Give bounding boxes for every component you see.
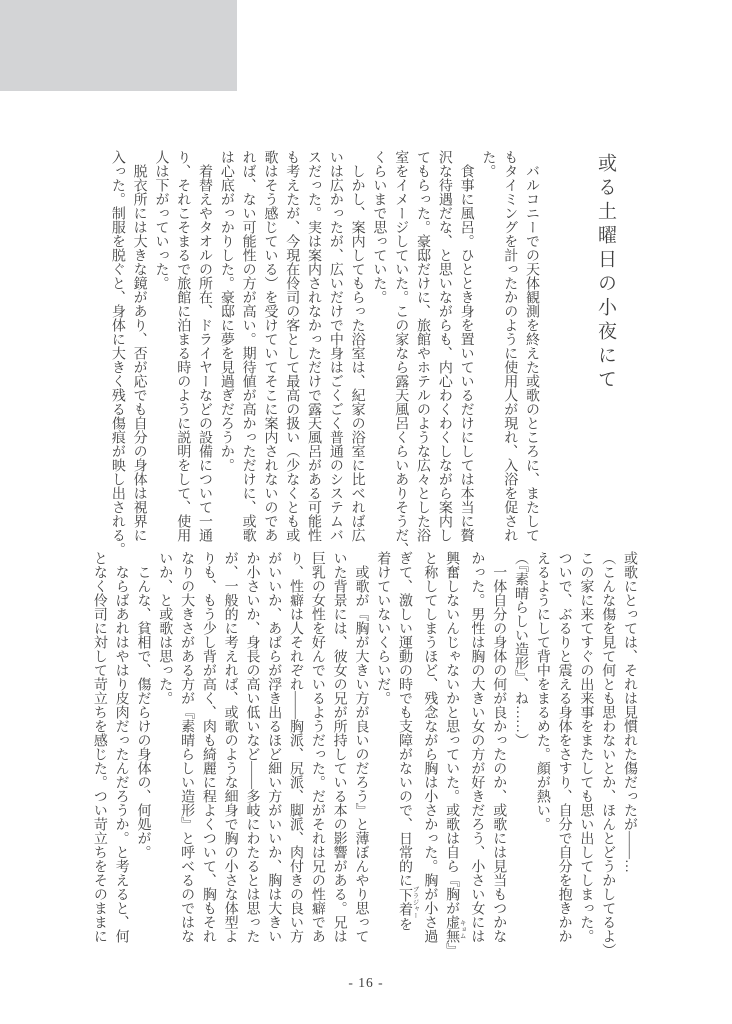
text-line: いは広かったが、広いだけで中身はごくごく普通のシステムバ <box>324 150 346 558</box>
text-line: 脱衣所には大きな鏡があり、否が応でも自分の身体は視界に <box>128 150 150 558</box>
text-line: 或歌が『胸が大きい方が良いのだろう』と薄ぼんやり思って <box>350 551 372 959</box>
text-line: も考えたが、今現在伶司の客として最高の扱い（少なくとも或 <box>280 150 302 558</box>
text-line: た。 <box>477 150 499 558</box>
text-line: この家に来てすぐの出来事をまたしても思い出してしまった。 <box>575 551 597 959</box>
text-line: いた背景には、彼女の兄が所持している本の影響がある。兄は <box>328 551 350 959</box>
text-line: りも、もう少し背が高く、肉も綺麗に程よくついて、胸もそれ <box>197 551 219 959</box>
text-line: 着替えやタオルの所在、ドライヤーなどの設備について一通 <box>193 150 215 558</box>
text-line: り、性癖は人それぞれ――胸派、尻派、脚派、肉付きの良い方 <box>284 551 306 959</box>
text-line: （こんな傷を見て何とも思わないとか、ほんとどうかしてるよ） <box>596 551 618 959</box>
text-line: か小さいか、身長の高い低いなど――多岐にわたるとは思った <box>241 551 263 959</box>
text-line: 一体自分の身体の何が良かったのか、或歌には見当もつかな <box>487 551 509 959</box>
text-line: もタイミングを計ったかのように使用人が現れ、入浴を促され <box>498 150 520 558</box>
text-line: は心底がっかりした。豪邸に夢を見過ぎだろうか。 <box>215 150 237 558</box>
text-line: れば、ない可能性の方が高い。期待値が高かっただけに、或歌 <box>237 150 259 558</box>
text-line: なりの大きさがある方が『素晴らしい造形』と呼べるのではな <box>175 551 197 959</box>
text-line: いか、と或歌は思った。 <box>153 551 175 959</box>
text-line: ぎて、激しい運動の時でも支障がないので、日常的に下着ブラジャーを <box>393 551 418 959</box>
text-line: 室をイメージしていた。この家なら露天風呂くらいありそうだ、 <box>389 150 411 558</box>
text-line: 巨乳の女性を好んでいるようだった。だがそれは兄の性癖であ <box>306 551 328 959</box>
top-left-gray-region <box>0 0 237 91</box>
text-line: 興奮しないんじゃないかと思っていた。或歌は自ら『胸が虚無キョム』 <box>440 551 465 959</box>
text-line: えるようにして背中をまるめた。顔が熱い。 <box>531 551 553 959</box>
text-line: 歌はそう感じている）を受けていてそこに案内されないのであ <box>259 150 281 558</box>
page-number: - 16 - <box>0 975 732 991</box>
text-block-top: バルコニーでの天体観測を終えた或歌のところに、またしてもタイミングを計ったかのよ… <box>106 150 542 558</box>
text-line: 着けていないくらいだ。 <box>371 551 393 959</box>
text-line: くらいまで思っていた。 <box>368 150 390 558</box>
page-title: 或る土曜日の小夜にて <box>592 153 619 393</box>
text-line: がいいか、あばらが浮き出るほど細い方がいいか、胸は大きい <box>262 551 284 959</box>
ruby-annotated-word: 下着ブラジャー <box>397 887 412 917</box>
text-line: ついで、ぶるりと震える身体をさすり、自分で自分を抱きかか <box>553 551 575 959</box>
text-line: てもらった。豪邸だけに、旅館やホテルのような広々とした浴 <box>411 150 433 558</box>
text-line: こんな、貧相で、傷だらけの身体の、何処が。 <box>132 551 154 959</box>
ruby-annotated-word: 虚無キョム <box>444 915 459 943</box>
book-page: 或る土曜日の小夜にて バルコニーでの天体観測を終えた或歌のところに、またしてもタ… <box>0 0 732 1024</box>
text-line: かった。男性は胸の大きい女の方が好きだろう、小さい女には <box>466 551 488 959</box>
text-line: バルコニーでの天体観測を終えた或歌のところに、またして <box>520 150 542 558</box>
text-line: 食事に風呂。ひととき身を置いているだけにしては本当に贅 <box>455 150 477 558</box>
text-line: ならばあれはやはり皮肉だったんだろうか。と考えると、何 <box>110 551 132 959</box>
text-line: スだった。実は案内されなかっただけで露天風呂がある可能性 <box>302 150 324 558</box>
text-line: 入った。制服を脱ぐと、身体に大きく残る傷痕が映し出される。 <box>106 150 128 558</box>
text-line: が、一般的に考えれば、或歌のような細身で胸の小さな体型よ <box>219 551 241 959</box>
text-line: （『素晴らしい造形』、ね……） <box>509 551 531 959</box>
text-line: 沢な待遇だな、と思いながらも、内心わくわくしながら案内し <box>433 150 455 558</box>
text-line: 人は下がっていった。 <box>150 150 172 558</box>
text-line: 或歌にとっては、それは見慣れた傷だったが――… <box>618 551 640 959</box>
text-line: り、それこそまるで旅館に泊まる時のように説明をして、使用 <box>171 150 193 558</box>
text-line: と称してしまうほど、残念ながら胸は小さかった。胸が小さ過 <box>419 551 441 959</box>
text-line: しかし、案内してもらった浴室は、紀家の浴室に比べれば広 <box>346 150 368 558</box>
text-line: となく伶司に対して苛立ちを感じた。つい苛立ちをそのままに <box>88 551 110 959</box>
text-block-bottom: 或歌にとっては、それは見慣れた傷だったが――…（こんな傷を見て何とも思わないとか… <box>88 551 640 959</box>
